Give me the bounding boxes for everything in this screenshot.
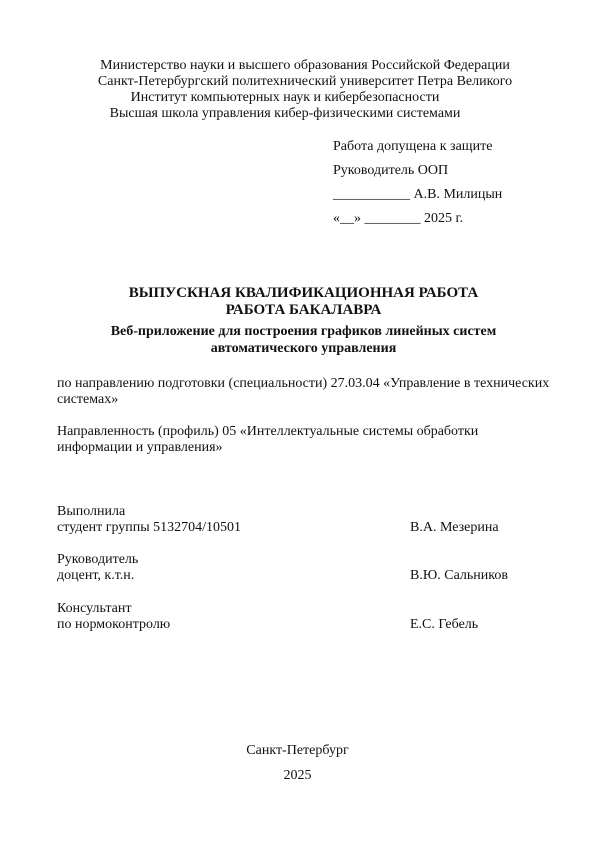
admitted-to-defense: Работа допущена к защите: [333, 139, 492, 155]
signature-detail: доцент, к.т.н.: [57, 568, 134, 584]
school-line: Высшая школа управления кибер-физическим…: [0, 106, 570, 122]
signature-detail: студент группы 5132704/10501: [57, 520, 241, 536]
direction-line-2: системах»: [57, 392, 118, 408]
signature-name: Е.С. Гебель: [410, 617, 478, 633]
direction-line-1: по направлению подготовки (специальности…: [57, 376, 549, 392]
degree-title: РАБОТА БАКАЛАВРА: [0, 302, 595, 319]
institute-line: Институт компьютерных наук и кибербезопа…: [0, 90, 570, 106]
approval-date: «__» ________ 2025 г.: [333, 211, 463, 227]
profile-line-2: информации и управления»: [57, 440, 223, 456]
footer-year: 2025: [0, 768, 595, 784]
profile-line-1: Направленность (профиль) 05 «Интеллектуа…: [57, 424, 478, 440]
program-supervisor-signature: ___________ А.В. Милицын: [333, 187, 502, 203]
program-supervisor-role: Руководитель ООП: [333, 163, 448, 179]
signature-role: Руководитель: [57, 552, 138, 568]
university-line: Санкт-Петербургский политехнический унив…: [0, 74, 595, 90]
signature-role: Консультант: [57, 601, 132, 617]
signature-detail: по нормоконтролю: [57, 617, 170, 633]
work-type-title: ВЫПУСКНАЯ КВАЛИФИКАЦИОННАЯ РАБОТА: [0, 285, 595, 302]
footer-city: Санкт-Петербург: [0, 743, 595, 759]
topic-line-2: автоматического управления: [0, 341, 595, 357]
signature-name: В.А. Мезерина: [410, 520, 499, 536]
ministry-line: Министерство науки и высшего образования…: [0, 58, 595, 74]
signature-role: Выполнила: [57, 504, 125, 520]
topic-line-1: Веб-приложение для построения графиков л…: [0, 324, 595, 340]
signature-name: В.Ю. Сальников: [410, 568, 508, 584]
